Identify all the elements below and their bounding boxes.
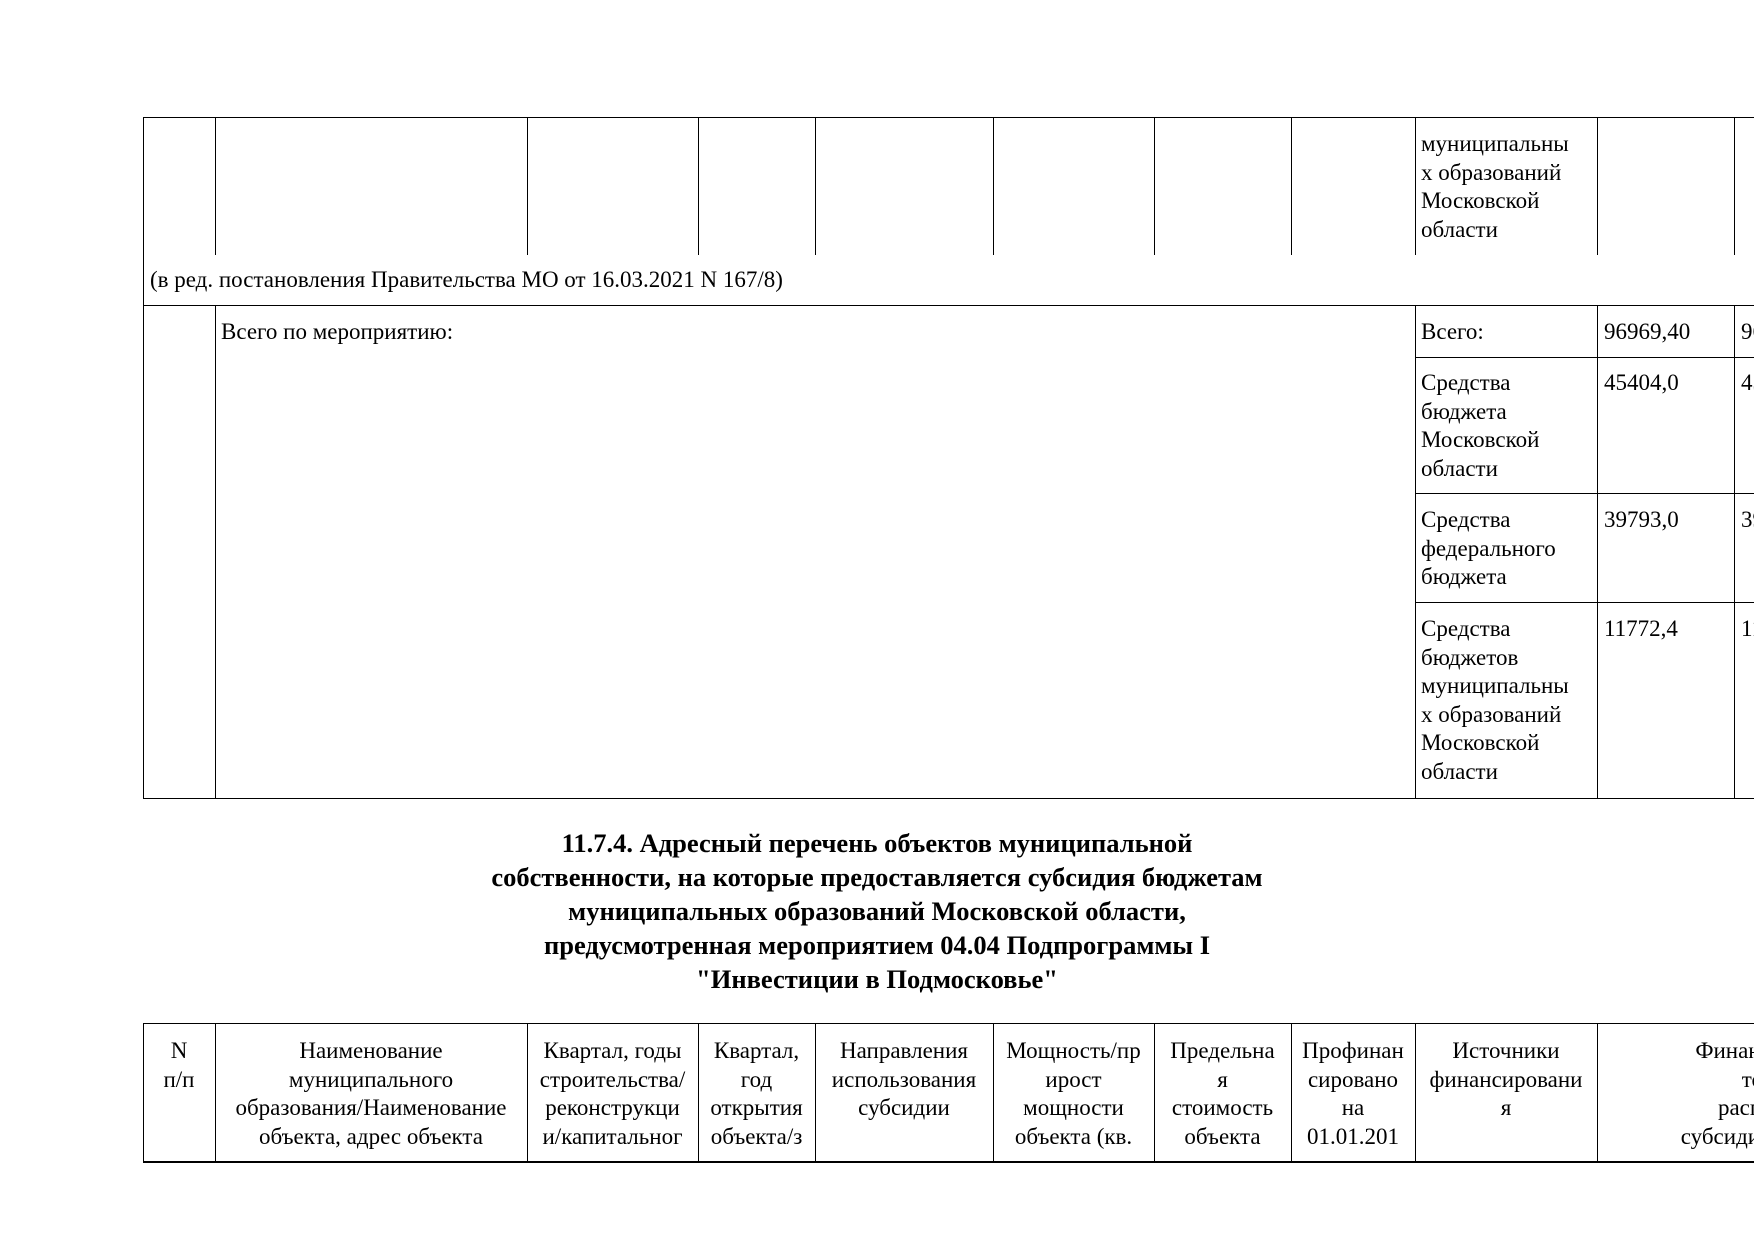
- header-number: N п/п: [143, 1037, 215, 1094]
- table-border-top: [143, 117, 1754, 118]
- col-sep: [215, 117, 216, 255]
- value-federal-next: 39: [1741, 506, 1754, 535]
- table-border-left: [143, 117, 144, 798]
- header-cost-limit: Предельна я стоимость объекта: [1154, 1037, 1291, 1151]
- col-sep: [1415, 305, 1416, 798]
- col-sep: [1291, 117, 1292, 255]
- amendment-note: (в ред. постановления Правительства МО о…: [150, 266, 783, 295]
- value-regional-next: 45: [1741, 369, 1754, 398]
- source-municipal: Средства бюджетов муниципальны х образов…: [1421, 615, 1569, 786]
- row-border: [1415, 602, 1754, 603]
- continued-source-cell: муниципальны х образований Московской об…: [1421, 130, 1569, 244]
- col-sep: [1154, 117, 1155, 255]
- row-border: [1415, 493, 1754, 494]
- row-border: [143, 305, 1754, 306]
- total-label: Всего по мероприятию:: [221, 318, 453, 347]
- document-page: муниципальны х образований Московской об…: [0, 0, 1754, 1240]
- row-border: [1415, 357, 1754, 358]
- header-opening-date: Квартал, год открытия объекта/з: [698, 1037, 815, 1151]
- header-subsidy-use: Направления использования субсидии: [815, 1037, 993, 1123]
- col-sep: [1597, 305, 1598, 798]
- value-federal: 39793,0: [1604, 506, 1679, 535]
- col-sep: [1597, 117, 1598, 255]
- value-municipal-next: 11: [1741, 615, 1754, 644]
- header-border-bottom: [143, 1161, 1754, 1163]
- col-sep: [698, 117, 699, 255]
- source-total: Всего:: [1421, 318, 1484, 347]
- value-total: 96969,40: [1604, 318, 1690, 347]
- source-regional: Средства бюджета Московской области: [1421, 369, 1539, 483]
- col-sep: [1415, 117, 1416, 255]
- col-sep: [993, 117, 994, 255]
- header-construction-period: Квартал, годы строительства/ реконструкц…: [527, 1037, 698, 1151]
- header-financing-breakdown: Финансиров том чис распредел субсидий из…: [1597, 1037, 1754, 1151]
- table-border-bottom: [143, 798, 1754, 799]
- col-sep: [815, 117, 816, 255]
- col-sep: [1734, 305, 1735, 798]
- col-sep: [527, 117, 528, 255]
- table-border-top: [143, 1023, 1754, 1024]
- section-heading: 11.7.4. Адресный перечень объектов муниц…: [0, 826, 1754, 996]
- source-federal: Средства федерального бюджета: [1421, 506, 1556, 592]
- value-regional: 45404,0: [1604, 369, 1679, 398]
- header-financed-to-date: Профинан сировано на 01.01.201: [1291, 1037, 1415, 1151]
- col-sep: [1734, 117, 1735, 255]
- value-municipal: 11772,4: [1604, 615, 1678, 644]
- header-object-name: Наименование муниципального образования/…: [215, 1037, 527, 1151]
- value-total-next: 96: [1741, 318, 1754, 347]
- col-sep: [215, 305, 216, 798]
- header-funding-sources: Источники финансировани я: [1415, 1037, 1597, 1123]
- header-capacity: Мощность/пр ирост мощности объекта (кв.: [993, 1037, 1154, 1151]
